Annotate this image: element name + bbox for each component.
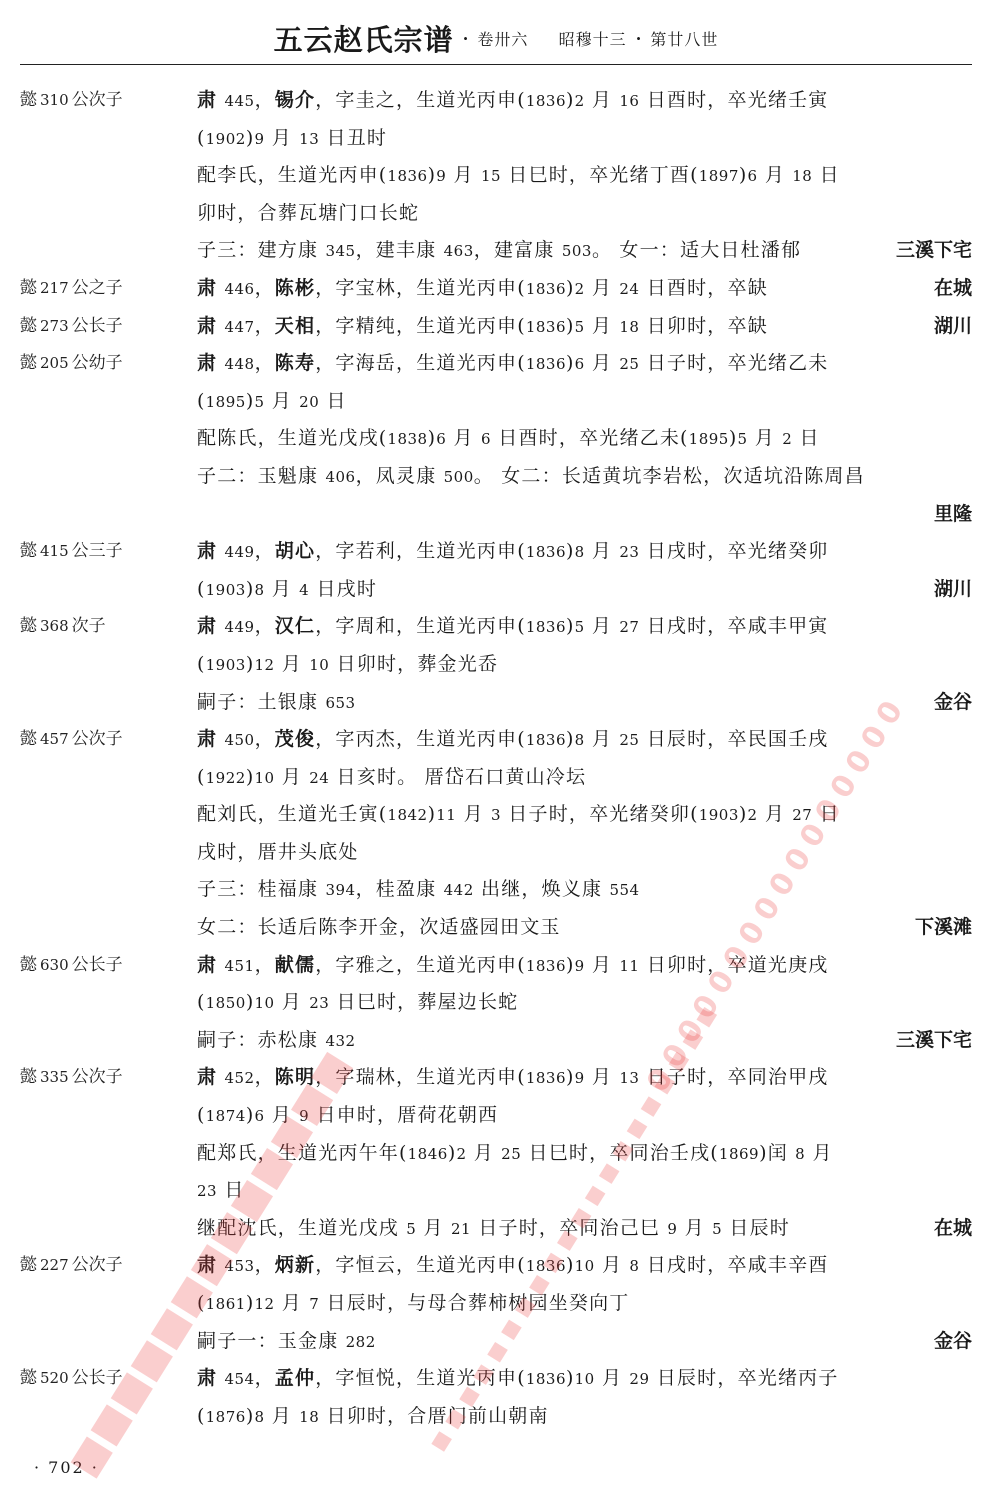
person-number: 454 [224,1370,254,1388]
entry-line: 女二：长适后陈李开金，次适盛园田文玉下溪滩 [20,909,972,947]
parent-number: 205 [40,354,69,372]
entry-line: (1903)8 月 4 日戌时湖川 [20,571,972,609]
entry-text: 肃 445，锡介，字圭之，生道光丙申(1836)2 月 16 日酉时，卒光绪壬寅 [197,82,972,121]
parent-number: 335 [40,1068,69,1086]
person-number: 449 [224,543,254,561]
entry-line: 配郑氏，生道光丙午年(1846)2 月 25 日巳时，卒同治壬戌(1869)闰 … [20,1135,972,1173]
person-name: 锡介 [275,89,315,111]
person-number: 453 [224,1257,254,1275]
residence-place: 在城 [934,270,972,308]
entry-text: 子三：建方康 345，建丰康 463，建富康 503。 女一：适大日杜潘郁 [197,232,972,271]
entry-line: 懿217公之子肃 446，陈彬，字宝林，生道光丙申(1836)2 月 24 日酉… [20,270,972,308]
volume-label: 卷卅六 [477,30,528,49]
generation-char: 肃 [197,1066,217,1088]
entry-details: ，字丙杰，生道光丙申(1836)8 月 25 日辰时，卒民国壬戌 [315,728,828,750]
person-number: 449 [224,618,254,636]
parent-generation-char: 懿 [20,616,37,636]
entry-text: 戌时，厝井头底处 [197,834,972,872]
parent-reference: 懿310公次子 [20,82,123,120]
entry-details: ，字圭之，生道光丙申(1836)2 月 16 日酉时，卒光绪壬寅 [315,89,828,111]
entry-text: 肃 449，胡心，字若利，生道光丙申(1836)8 月 23 日戌时，卒光绪癸卯 [197,533,972,572]
parent-number: 217 [40,279,69,297]
entry-line: 懿520公长子肃 454，孟仲，字恒悦，生道光丙申(1836)10 月 29 日… [20,1360,972,1398]
page-header: 五云赵氏宗谱 · 卷卅六 昭穆十三 · 第廿八世 [0,18,992,62]
entry-details: ，字若利，生道光丙申(1836)8 月 23 日戌时，卒光绪癸卯 [315,540,828,562]
entry-text: 配刘氏，生道光壬寅(1842)11 月 3 日子时，卒光绪癸卯(1903)2 月… [197,796,972,835]
entry-line: 懿273公长子肃 447，天相，字精纯，生道光丙申(1836)5 月 18 日卯… [20,308,972,346]
genealogy-entry: 懿205公幼子肃 448，陈寿，字海岳，生道光丙申(1836)6 月 25 日子… [20,345,972,533]
residence-place: 湖川 [934,571,972,609]
parent-relation: 公次子 [72,729,123,749]
parent-reference: 懿415公三子 [20,533,123,571]
person-name: 茂俊 [275,728,315,750]
entry-text: (1922)10 月 24 日亥时。 厝岱石口黄山冷坛 [197,759,972,798]
entry-text: 肃 454，孟仲，字恒悦，生道光丙申(1836)10 月 29 日辰时，卒光绪丙… [197,1360,972,1399]
genealogy-entry: 懿368次子肃 449，汉仁，字周和，生道光丙申(1836)5 月 27 日戌时… [20,608,972,721]
residence-place: 在城 [934,1210,972,1248]
person-name: 陈明 [275,1066,315,1088]
entry-text: (1903)8 月 4 日戌时 [197,571,972,610]
entry-line: (1850)10 月 23 日巳时，葬屋边长蛇 [20,984,972,1022]
person-number: 452 [224,1069,254,1087]
entry-text: 配郑氏，生道光丙午年(1846)2 月 25 日巳时，卒同治壬戌(1869)闰 … [197,1135,972,1174]
entry-line: 懿335公次子肃 452，陈明，字瑞林，生道光丙申(1836)9 月 13 日子… [20,1059,972,1097]
parent-generation-char: 懿 [20,1255,37,1275]
person-number: 450 [224,731,254,749]
page-number: · 702 · [34,1458,99,1477]
generation-char: 肃 [197,1367,217,1389]
entry-text: (1861)12 月 7 日辰时，与母合葬柿树园坐癸向丁 [197,1285,972,1324]
parent-reference: 懿457公次子 [20,721,123,759]
parent-relation: 次子 [72,616,106,636]
parent-generation-char: 懿 [20,1067,37,1087]
parent-reference: 懿335公次子 [20,1059,123,1097]
entry-text: (1903)12 月 10 日卯时，葬金光岙 [197,646,972,685]
parent-reference: 懿227公次子 [20,1247,123,1285]
entry-line: (1861)12 月 7 日辰时，与母合葬柿树园坐癸向丁 [20,1285,972,1323]
entry-line: (1922)10 月 24 日亥时。 厝岱石口黄山冷坛 [20,759,972,797]
separator-dot: · [636,29,642,48]
entry-details: ，字海岳，生道光丙申(1836)6 月 25 日子时，卒光绪乙未 [315,352,828,374]
entry-line: 配李氏，生道光丙申(1836)9 月 15 日巳时，卒光绪丁酉(1897)6 月… [20,157,972,195]
entry-line: 子三：建方康 345，建丰康 463，建富康 503。 女一：适大日杜潘郁三溪下… [20,232,972,270]
genealogy-entry: 懿520公长子肃 454，孟仲，字恒悦，生道光丙申(1836)10 月 29 日… [20,1360,972,1435]
header-rule [20,64,972,65]
entry-line: 懿368次子肃 449，汉仁，字周和，生道光丙申(1836)5 月 27 日戌时… [20,608,972,646]
entry-line: 懿310公次子肃 445，锡介，字圭之，生道光丙申(1836)2 月 16 日酉… [20,82,972,120]
genealogy-entry: 懿457公次子肃 450，茂俊，字丙杰，生道光丙申(1836)8 月 25 日辰… [20,721,972,947]
entry-line: (1876)8 月 18 日卯时，合厝门前山朝南 [20,1398,972,1436]
person-number: 445 [224,92,254,110]
entry-line: 子二：玉魁康 406，凤灵康 500。 女二：长适黄坑李岩松，次适坑沿陈周昌 [20,458,972,496]
parent-generation-char: 懿 [20,353,37,373]
entry-details: ，字周和，生道光丙申(1836)5 月 27 日戌时，卒咸丰甲寅 [315,615,828,637]
entry-text: 配李氏，生道光丙申(1836)9 月 15 日巳时，卒光绪丁酉(1897)6 月… [197,157,972,196]
parent-generation-char: 懿 [20,729,37,749]
person-number: 451 [224,957,254,975]
parent-reference: 懿520公长子 [20,1360,123,1398]
entry-text: 子三：桂福康 394，桂盈康 442 出继，焕义康 554 [197,871,972,910]
entry-text: 嗣子：赤松康 432 [197,1022,972,1061]
residence-place: 三溪下宅 [896,1022,972,1060]
entry-text: (1876)8 月 18 日卯时，合厝门前山朝南 [197,1398,972,1437]
parent-number: 273 [40,317,69,335]
entry-text: 肃 448，陈寿，字海岳，生道光丙申(1836)6 月 25 日子时，卒光绪乙未 [197,345,972,384]
parent-generation-char: 懿 [20,1368,37,1388]
residence-place: 里隆 [934,496,972,534]
entry-text: (1895)5 月 20 日 [197,383,972,422]
genealogy-entry: 懿310公次子肃 445，锡介，字圭之，生道光丙申(1836)2 月 16 日酉… [20,82,972,270]
parent-relation: 公之子 [72,278,123,298]
entry-line: 懿205公幼子肃 448，陈寿，字海岳，生道光丙申(1836)6 月 25 日子… [20,345,972,383]
parent-reference: 懿273公长子 [20,308,123,346]
entry-text: 女二：长适后陈李开金，次适盛园田文玉 [197,909,972,947]
person-name: 孟仲 [275,1367,315,1389]
entry-line: 里隆 [20,496,972,534]
entry-text: 肃 450，茂俊，字丙杰，生道光丙申(1836)8 月 25 日辰时，卒民国壬戌 [197,721,972,760]
person-name: 炳新 [275,1254,315,1276]
entry-line: 嗣子：赤松康 432三溪下宅 [20,1022,972,1060]
parent-relation: 公长子 [72,316,123,336]
generation-char: 肃 [197,89,217,111]
entry-line: 懿630公长子肃 451，献儒，字雅之，生道光丙申(1836)9 月 11 日卯… [20,947,972,985]
person-name: 献儒 [275,954,315,976]
entry-line: 懿415公三子肃 449，胡心，字若利，生道光丙申(1836)8 月 23 日戌… [20,533,972,571]
person-name: 汉仁 [275,615,315,637]
entry-line: 懿227公次子肃 453，炳新，字恒云，生道光丙申(1836)10 月 8 日戌… [20,1247,972,1285]
entry-line: 懿457公次子肃 450，茂俊，字丙杰，生道光丙申(1836)8 月 25 日辰… [20,721,972,759]
parent-number: 630 [40,956,69,974]
entry-text: 配陈氏，生道光戊戌(1838)6 月 6 日酉时，卒光绪乙未(1895)5 月 … [197,420,972,459]
genealogy-entry: 懿630公长子肃 451，献儒，字雅之，生道光丙申(1836)9 月 11 日卯… [20,947,972,1060]
entry-text: 继配沈氏，生道光戊戌 5 月 21 日子时，卒同治己巳 9 月 5 日辰时 [197,1210,972,1249]
genealogy-entry: 懿227公次子肃 453，炳新，字恒云，生道光丙申(1836)10 月 8 日戌… [20,1247,972,1360]
entry-text: 嗣子：土银康 653 [197,684,972,723]
parent-generation-char: 懿 [20,955,37,975]
parent-number: 520 [40,1369,69,1387]
genealogy-entry: 懿415公三子肃 449，胡心，字若利，生道光丙申(1836)8 月 23 日戌… [20,533,972,608]
entry-text: (1850)10 月 23 日巳时，葬屋边长蛇 [197,984,972,1023]
entry-details: ，字恒云，生道光丙申(1836)10 月 8 日戌时，卒咸丰辛酉 [315,1254,828,1276]
entry-details: ，字精纯，生道光丙申(1836)5 月 18 日卯时，卒缺 [315,315,768,337]
parent-reference: 懿368次子 [20,608,106,646]
parent-relation: 公长子 [72,955,123,975]
entry-text: 肃 446，陈彬，字宝林，生道光丙申(1836)2 月 24 日酉时，卒缺 [197,270,972,309]
parent-relation: 公长子 [72,1368,123,1388]
parent-reference: 懿630公长子 [20,947,123,985]
parent-reference: 懿205公幼子 [20,345,123,383]
genealogy-entries: 懿310公次子肃 445，锡介，字圭之，生道光丙申(1836)2 月 16 日酉… [20,82,972,1435]
parent-reference: 懿217公之子 [20,270,123,308]
entry-line: 嗣子：土银康 653金谷 [20,684,972,722]
parent-generation-char: 懿 [20,316,37,336]
entry-text: 肃 447，天相，字精纯，生道光丙申(1836)5 月 18 日卯时，卒缺 [197,308,972,347]
entry-details: ，字瑞林，生道光丙申(1836)9 月 13 日子时，卒同治甲戌 [315,1066,828,1088]
parent-relation: 公三子 [72,541,123,561]
book-title: 五云赵氏宗谱 [274,23,454,57]
entry-line: (1874)6 月 9 日申时，厝荷花朝西 [20,1097,972,1135]
generation-char: 肃 [197,1254,217,1276]
parent-generation-char: 懿 [20,90,37,110]
parent-number: 415 [40,542,69,560]
genealogy-entry: 懿217公之子肃 446，陈彬，字宝林，生道光丙申(1836)2 月 24 日酉… [20,270,972,308]
entry-line: 配刘氏，生道光壬寅(1842)11 月 3 日子时，卒光绪癸卯(1903)2 月… [20,796,972,834]
entry-line: (1902)9 月 13 日丑时 [20,120,972,158]
entry-text: (1874)6 月 9 日申时，厝荷花朝西 [197,1097,972,1136]
residence-place: 三溪下宅 [896,232,972,270]
entry-details: ，字雅之，生道光丙申(1836)9 月 11 日卯时，卒道光庚戌 [315,954,828,976]
entry-text: 肃 449，汉仁，字周和，生道光丙申(1836)5 月 27 日戌时，卒咸丰甲寅 [197,608,972,647]
generation-char: 肃 [197,540,217,562]
generation-char: 肃 [197,728,217,750]
person-number: 447 [224,318,254,336]
entry-text: 卯时，合葬瓦塘门口长蛇 [197,195,972,233]
person-number: 446 [224,280,254,298]
parent-relation: 公次子 [72,1255,123,1275]
genealogy-entry: 懿273公长子肃 447，天相，字精纯，生道光丙申(1836)5 月 18 日卯… [20,308,972,346]
parent-number: 457 [40,730,69,748]
residence-place: 金谷 [934,684,972,722]
generation-char: 肃 [197,615,217,637]
entry-text: 子二：玉魁康 406，凤灵康 500。 女二：长适黄坑李岩松，次适坑沿陈周昌 [197,458,972,497]
parent-number: 368 [40,617,69,635]
entry-line: (1903)12 月 10 日卯时，葬金光岙 [20,646,972,684]
entry-details: ，字恒悦，生道光丙申(1836)10 月 29 日辰时，卒光绪丙子 [315,1367,838,1389]
entry-line: 23 日 [20,1172,972,1210]
person-name: 陈寿 [275,352,315,374]
residence-place: 金谷 [934,1323,972,1361]
parent-relation: 公幼子 [72,353,123,373]
parent-generation-char: 懿 [20,541,37,561]
branch-label: 昭穆十三 [559,30,627,49]
generation-char: 肃 [197,315,217,337]
separator-dot: · [463,29,469,48]
entry-details: ，字宝林，生道光丙申(1836)2 月 24 日酉时，卒缺 [315,277,768,299]
parent-number: 227 [40,1256,69,1274]
parent-number: 310 [40,91,69,109]
entry-line: 卯时，合葬瓦塘门口长蛇 [20,195,972,233]
person-name: 陈彬 [275,277,315,299]
person-name: 胡心 [275,540,315,562]
generation-label: 第廿八世 [650,30,718,49]
person-number: 448 [224,355,254,373]
entry-line: (1895)5 月 20 日 [20,383,972,421]
generation-char: 肃 [197,954,217,976]
entry-text: 肃 451，献儒，字雅之，生道光丙申(1836)9 月 11 日卯时，卒道光庚戌 [197,947,972,986]
person-name: 天相 [275,315,315,337]
generation-char: 肃 [197,352,217,374]
generation-char: 肃 [197,277,217,299]
entry-text: 肃 453，炳新，字恒云，生道光丙申(1836)10 月 8 日戌时，卒咸丰辛酉 [197,1247,972,1286]
genealogy-entry: 懿335公次子肃 452，陈明，字瑞林，生道光丙申(1836)9 月 13 日子… [20,1059,972,1247]
entry-line: 子三：桂福康 394，桂盈康 442 出继，焕义康 554 [20,871,972,909]
entry-line: 戌时，厝井头底处 [20,834,972,872]
entry-text: 肃 452，陈明，字瑞林，生道光丙申(1836)9 月 13 日子时，卒同治甲戌 [197,1059,972,1098]
entry-text: (1902)9 月 13 日丑时 [197,120,972,159]
entry-line: 配陈氏，生道光戊戌(1838)6 月 6 日酉时，卒光绪乙未(1895)5 月 … [20,420,972,458]
entry-line: 嗣子一：玉金康 282金谷 [20,1323,972,1361]
entry-text: 23 日 [197,1172,972,1211]
parent-generation-char: 懿 [20,278,37,298]
entry-text: 嗣子一：玉金康 282 [197,1323,972,1362]
entry-line: 继配沈氏，生道光戊戌 5 月 21 日子时，卒同治己巳 9 月 5 日辰时在城 [20,1210,972,1248]
parent-relation: 公次子 [72,1067,123,1087]
parent-relation: 公次子 [72,90,123,110]
residence-place: 湖川 [934,308,972,346]
residence-place: 下溪滩 [915,909,972,947]
